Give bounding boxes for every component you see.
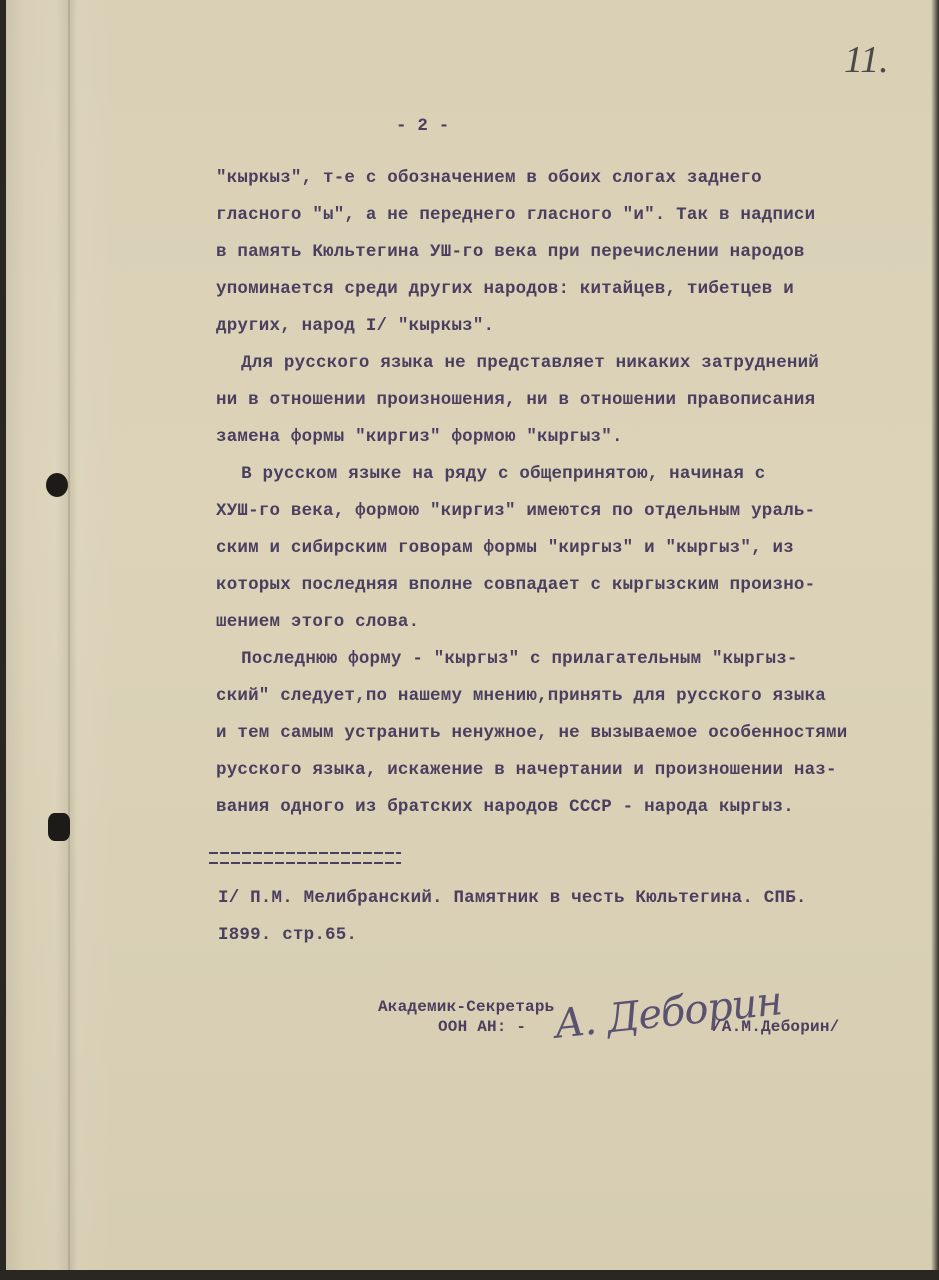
text-line: Последнюю форму - "кыргыз" с прилагатель…	[209, 649, 798, 669]
text-line: замена формы "киргиз" формою "кыргыз".	[216, 427, 623, 447]
text-line: упоминается среди других народов: китайц…	[216, 279, 794, 299]
text-line: "кыркыз", т-е с обозначением в обоих сло…	[216, 168, 762, 188]
punch-hole-top	[46, 473, 68, 497]
footnote-rule	[209, 862, 401, 864]
text-line: вания одного из братских народов СССР - …	[216, 797, 794, 817]
footnote-line: I899. стр.65.	[218, 925, 357, 945]
footnote-line: I/ П.М. Мелибранский. Памятник в честь К…	[218, 888, 807, 908]
text-line: Для русского языка не представляет никак…	[209, 353, 819, 373]
document-page: 11. - 2 - "кыркыз", т-е с обозначением в…	[6, 0, 939, 1272]
text-line: других, народ I/ "кыркыз".	[216, 316, 494, 336]
text-line: шением этого слова.	[216, 612, 419, 632]
text-line: и тем самым устранить ненужное, не вызыв…	[216, 723, 847, 743]
typed-name: /А.М.Деборин/	[712, 1018, 839, 1036]
text-line: В русском языке на ряду с общепринятою, …	[209, 464, 766, 484]
handwritten-signature: А. Деборин	[552, 978, 784, 1048]
punch-hole-bottom	[48, 813, 70, 841]
archive-page-number: 11.	[844, 38, 889, 82]
text-line: которых последняя вполне совпадает с кыр…	[216, 575, 815, 595]
text-line: гласного "ы", а не переднего гласного "и…	[216, 205, 815, 225]
page-fold	[68, 0, 70, 1272]
text-line: ским и сибирским говорам формы "киргыз" …	[216, 538, 794, 558]
page-number: - 2 -	[396, 116, 450, 136]
text-line: в память Кюльтегина УШ-го века при переч…	[216, 242, 805, 262]
signature-department: ООН АН: -	[438, 1018, 526, 1036]
text-line: ни в отношении произношения, ни в отноше…	[216, 390, 815, 410]
scan-edge	[0, 1270, 939, 1280]
text-line: ский" следует,по нашему мнению,принять д…	[216, 686, 826, 706]
text-line: ХУШ-го века, формою "киргиз" имеются по …	[216, 501, 815, 521]
signature-title: Академик-Секретарь	[378, 998, 554, 1016]
text-line: русского языка, искажение в начертании и…	[216, 760, 837, 780]
footnote-rule	[209, 852, 401, 854]
